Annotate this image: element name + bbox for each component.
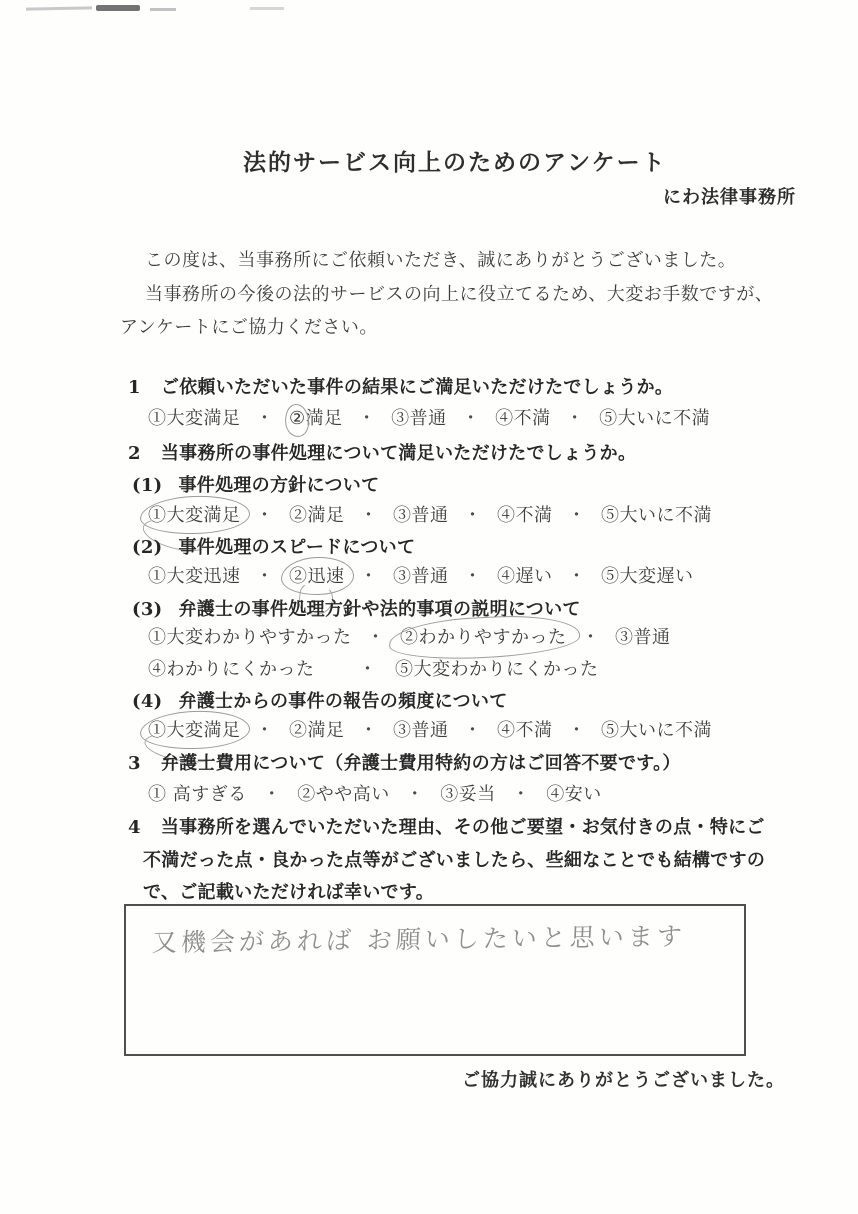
option-separator: ・ (406, 784, 425, 805)
law-office-name: にわ法律事務所 (663, 183, 796, 209)
option-number: ⑤ (599, 408, 618, 429)
option-③: ③妥当 (440, 780, 496, 806)
option-②: ②満足 (289, 501, 345, 527)
option-number: ③ (440, 784, 459, 805)
option-number: ① (148, 720, 167, 741)
option-number: ① (148, 784, 167, 805)
option-number: ② (289, 566, 308, 587)
question-3: 3弁護士費用について（弁護士費用特約の方はご回答不要です。） (128, 749, 681, 775)
question-2-3-options-line2: ④わかりにくかった・⑤大変わかりにくかった (148, 655, 599, 681)
option-label: 満足 (308, 720, 345, 741)
question-1-text: ご依頼いただいた事件の結果にご満足いただけたでしょうか。 (161, 377, 673, 398)
option-separator: ・ (367, 627, 386, 648)
option-separator: ・ (360, 720, 379, 741)
intro-line-2: 当事務所の今後の法的サービスの向上に役立てるため、大変お手数ですが、 (145, 280, 773, 306)
option-⑤: ⑤大いに不満 (601, 716, 712, 742)
option-separator: ・ (359, 659, 378, 680)
option-label: 高すぎる (167, 784, 247, 805)
option-separator: ・ (462, 408, 481, 429)
question-2-1-number: (1) (132, 475, 162, 496)
option-number: ④ (148, 659, 167, 680)
option-separator: ・ (568, 566, 587, 587)
option-label: 妥当 (459, 784, 496, 805)
option-label: 大変満足 (167, 505, 241, 526)
intro-line-3: アンケートにご協力ください。 (120, 313, 378, 339)
option-number: ① (148, 627, 167, 648)
option-label: わかりやすかった (419, 627, 567, 648)
page-title: 法的サービス向上のためのアンケート (243, 144, 667, 177)
scan-artifact (150, 8, 176, 11)
question-2-2-options: ①大変迅速・②迅速・③普通・④遅い・⑤大変遅い (148, 562, 694, 588)
question-4-line2: 不満だった点・良かった点等がございましたら、些細なことでも結構ですの (143, 846, 765, 872)
option-number: ③ (393, 505, 412, 526)
option-③: ③普通 (393, 562, 449, 588)
question-4-line3: で、ご記載いただければ幸いです。 (143, 878, 434, 904)
option-⑤: ⑤大変遅い (601, 562, 694, 588)
option-number: ① (148, 505, 167, 526)
option-label: やや高い (316, 784, 390, 805)
option-separator: ・ (512, 784, 531, 805)
option-④: ④わかりにくかった (148, 655, 315, 681)
handwritten-comment: 又機会があれば お願いしたいと思います (151, 917, 686, 960)
option-label: 普通 (412, 720, 449, 741)
option-number: ② (289, 720, 308, 741)
question-2-text: 当事務所の事件処理について満足いただけたでしょうか。 (161, 443, 636, 464)
option-①: ① 高すぎる (148, 780, 247, 806)
option-number: ⑤ (395, 659, 414, 680)
option-②: ②やや高い (297, 780, 390, 806)
option-label: わかりにくかった (167, 659, 315, 680)
option-①: ①大変わかりやすかった (148, 623, 352, 649)
option-③: ③普通 (615, 623, 671, 649)
option-separator: ・ (256, 720, 275, 741)
question-3-number: 3 (128, 753, 141, 774)
question-2-1-text: 事件処理の方針について (178, 475, 379, 496)
question-2-4: (4)弁護士からの事件の報告の頻度について (132, 687, 508, 713)
question-4: 4当事務所を選んでいただいた理由、その他ご要望・お気付きの点・特にご (128, 813, 765, 839)
option-②-selected: ②わかりやすかった (400, 623, 567, 649)
option-④: ④遅い (497, 562, 553, 588)
option-③: ③普通 (393, 501, 449, 527)
question-1-number: 1 (128, 377, 141, 398)
option-number: ② (297, 784, 316, 805)
option-number: ③ (615, 627, 634, 648)
option-separator: ・ (256, 566, 275, 587)
question-2-2-number: (2) (132, 537, 162, 558)
option-separator: ・ (256, 408, 275, 429)
question-1: 1ご依頼いただいた事件の結果にご満足いただけたでしょうか。 (128, 373, 673, 399)
option-④: ④不満 (497, 716, 553, 742)
option-④: ④不満 (495, 404, 551, 430)
option-⑤: ⑤大いに不満 (599, 404, 710, 430)
option-label: 普通 (410, 408, 447, 429)
option-number: ① (148, 408, 167, 429)
option-number: ③ (393, 566, 412, 587)
question-2-4-text: 弁護士からの事件の報告の頻度について (178, 691, 507, 712)
option-label: 大いに不満 (620, 720, 713, 741)
option-label: 大変満足 (167, 408, 241, 429)
option-label: 大変わかりやすかった (167, 627, 352, 648)
question-2-2-text: 事件処理のスピードについて (178, 537, 415, 558)
option-label: 不満 (516, 720, 553, 741)
option-number: ④ (495, 408, 514, 429)
option-⑤: ⑤大いに不満 (601, 501, 712, 527)
comment-box: 又機会があれば お願いしたいと思います (124, 904, 746, 1056)
option-label: 大変遅い (620, 566, 694, 587)
option-①: ①大変迅速 (148, 562, 241, 588)
scan-artifact (26, 6, 92, 10)
option-number: ④ (497, 720, 516, 741)
option-④: ④安い (546, 780, 602, 806)
intro-line-1: この度は、当事務所にご依頼いただき、誠にありがとうございました。 (145, 246, 736, 272)
question-4-number: 4 (128, 817, 141, 838)
option-number: ② (289, 408, 306, 429)
question-2: 2当事務所の事件処理について満足いただけたでしょうか。 (128, 439, 636, 465)
option-number: ④ (497, 505, 516, 526)
option-separator: ・ (464, 505, 483, 526)
option-①: ①大変満足 (148, 404, 241, 430)
option-separator: ・ (358, 408, 377, 429)
option-①-selected: ①大変満足 (148, 501, 241, 527)
option-separator: ・ (464, 566, 483, 587)
option-label: 満足 (308, 505, 345, 526)
option-number: ④ (546, 784, 565, 805)
option-label: 遅い (516, 566, 553, 587)
question-2-4-options: ①大変満足・②満足・③普通・④不満・⑤大いに不満 (148, 716, 712, 742)
question-2-3: (3)弁護士の事件処理方針や法的事項の説明について (132, 595, 581, 621)
question-2-3-options-line1: ①大変わかりやすかった・②わかりやすかった・③普通 (148, 623, 671, 649)
option-separator: ・ (256, 505, 275, 526)
option-separator: ・ (360, 505, 379, 526)
option-①-selected: ①大変満足 (148, 716, 241, 742)
option-number: ② (289, 505, 308, 526)
option-separator: ・ (568, 720, 587, 741)
option-separator: ・ (464, 720, 483, 741)
question-3-options: ① 高すぎる・②やや高い・③妥当・④安い (148, 780, 602, 806)
question-2-3-number: (3) (132, 599, 162, 620)
option-label: 大いに不満 (618, 408, 711, 429)
option-separator: ・ (263, 784, 282, 805)
option-②-selected: ②迅速 (289, 562, 345, 588)
option-label: 迅速 (308, 566, 345, 587)
option-number: ③ (391, 408, 410, 429)
option-②-selected: ②満足 (289, 404, 343, 430)
option-②: ②満足 (289, 716, 345, 742)
question-2-number: 2 (128, 443, 141, 464)
option-label: 大変わかりにくかった (414, 659, 599, 680)
option-separator: ・ (360, 566, 379, 587)
option-label: 大変迅速 (167, 566, 241, 587)
option-number: ③ (393, 720, 412, 741)
option-number: ② (400, 627, 419, 648)
option-number: ① (148, 566, 167, 587)
option-number: ⑤ (601, 566, 620, 587)
option-③: ③普通 (391, 404, 447, 430)
option-number: ⑤ (601, 505, 620, 526)
option-label: 安い (565, 784, 602, 805)
option-label: 満足 (306, 408, 343, 429)
question-2-4-number: (4) (132, 691, 162, 712)
option-number: ④ (497, 566, 516, 587)
question-2-2: (2)事件処理のスピードについて (132, 533, 415, 559)
option-③: ③普通 (393, 716, 449, 742)
option-label: 普通 (634, 627, 671, 648)
closing-thanks: ご協力誠にありがとうございました。 (462, 1066, 785, 1092)
scan-artifact (250, 7, 284, 10)
question-2-1-options: ①大変満足・②満足・③普通・④不満・⑤大いに不満 (148, 501, 712, 527)
question-2-3-text: 弁護士の事件処理方針や法的事項の説明について (178, 599, 580, 620)
option-label: 普通 (412, 505, 449, 526)
scan-artifact (96, 5, 140, 11)
option-label: 不満 (514, 408, 551, 429)
option-label: 不満 (516, 505, 553, 526)
option-④: ④不満 (497, 501, 553, 527)
question-3-text: 弁護士費用について（弁護士費用特約の方はご回答不要です。） (161, 753, 681, 774)
option-separator: ・ (582, 627, 601, 648)
option-label: 大変満足 (167, 720, 241, 741)
question-1-options: ①大変満足・②満足・③普通・④不満・⑤大いに不満 (148, 404, 710, 430)
option-separator: ・ (566, 408, 585, 429)
option-label: 大いに不満 (620, 505, 713, 526)
option-label: 普通 (412, 566, 449, 587)
question-2-1: (1)事件処理の方針について (132, 471, 379, 497)
option-separator: ・ (568, 505, 587, 526)
option-number: ⑤ (601, 720, 620, 741)
question-4-line1: 当事務所を選んでいただいた理由、その他ご要望・お気付きの点・特にご (161, 817, 765, 838)
option-⑤: ⑤大変わかりにくかった (395, 655, 599, 681)
scanned-survey-page: 法的サービス向上のためのアンケート にわ法律事務所 この度は、当事務所にご依頼い… (0, 0, 858, 1214)
